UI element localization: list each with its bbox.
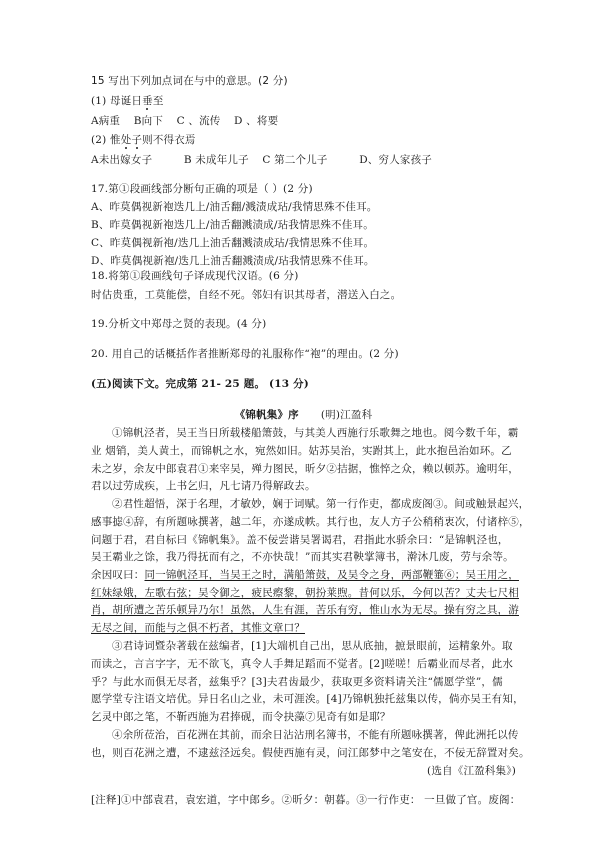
option-d: D、穷人家孩子 — [359, 154, 432, 166]
section-heading: (五)阅读下文。完成第 21- 25 题。 (13 分) — [91, 377, 309, 391]
p2-line: 余因叹曰：同一锦帆泾耳，当吴王之时，满船箫鼓，及吴令之身，两部鞭箠⑥；吴王用之， — [91, 568, 519, 582]
p1-line: 君以过劳成疾，上书乞归，凡七请乃得解政去。 — [91, 479, 316, 493]
option-b: B向下 — [134, 115, 163, 127]
dotted-word: 处 — [121, 134, 132, 146]
q19-title: 19.分析文中郑母之贤的表现。(4 分) — [91, 317, 266, 331]
p3-line: 乎？与此水而俱无尽者，兹集乎？[3]夫君齿最少，获取更多资料请关注“儒愿学堂”，… — [91, 675, 503, 689]
q20-title: 20. 用自己的话概括作者推断郑母的礼服称作“袍”的理由。(2 分) — [91, 347, 399, 361]
q15-sub1-stem: (1) 母诞日垂至 — [91, 94, 164, 108]
q15-sub1-options: A病重 B向下 C 、流传 D 、将要 — [91, 114, 278, 128]
p1-line: 业 烟销，美人黄土，而锦帆之水，宛然如旧。姑苏吴治，实跗其上，此水抱邑治如环。乙 — [91, 444, 512, 458]
p1-line: ①锦帆泾者，吴王当日所载楼船箫鼓，与其美人西施行乐歌舞之地也。阅今数千年，霸 — [91, 426, 519, 440]
q15-sub2-options: A未出嫁女子 B 未成年儿子 C 第二个儿子 D、穷人家孩子 — [91, 153, 432, 167]
p4-line: 也，则百花洲之遭，不逮兹泾远矣。假使西施有灵，问江郎梦中之笔安在，不佞无辞置对矣… — [91, 746, 530, 760]
p2-line: 吴王霸业之馀，我乃得抚而有之，不亦快哉！”而其实君鞅掌簿书，澣沐几废，劳与余等。 — [91, 550, 514, 564]
q17-option-b: B、昨莫偶视新袍迭几上/油舌翻溅渍成/玷我情思殊不佳耳。 — [91, 218, 374, 232]
option-d: D 、将要 — [234, 115, 278, 127]
q17-title: 17.第①段画线部分断句正确的项是（ ）(2 分) — [91, 182, 313, 196]
p3-line: 而读之，言言字字，无不欲飞，真令人手舞足蹈而不觉者。[2]嗟嗟！后霸业而尽者，此… — [91, 657, 513, 671]
q18-title: 18.将第①段画线句子译成现代汉语。(6 分) — [91, 269, 299, 283]
dotted-word: 垂 — [142, 95, 153, 107]
p4-line: ④余所莅治，百花洲在其前，而余日沾沾刑名簿书，不能有所题咏撰著，俾此洲托以传 — [91, 728, 519, 742]
underlined-passage: 无尽之间，而能与之俱不朽者，其惟文章口？ — [91, 621, 305, 635]
p3-line: 愿学堂专注语文培优。异日名山之业，未可涯涘。[4]乃锦帆独托兹集以传，倘亦吴王有… — [91, 692, 524, 706]
essay-title-line: 《锦帆集》序(明)江盈科 — [91, 408, 516, 422]
dotted-word: 子 — [131, 134, 142, 146]
q17-option-d: D、昨莫偶视新袍/迭几上油舌翻溅渍成/玷我情思殊不佳耳。 — [91, 254, 375, 268]
q17-option-c: C、昨莫偶视新袍/迭几上油舌翻溅渍成玷/我情思殊不佳耳。 — [91, 236, 374, 250]
q18-text: 时估贵重，工莫能偿，自经不死。邻妇有识其母者，潜送入白之。 — [91, 288, 401, 302]
p3-line: ③君诗词暨杂著载在兹编者，[1]大端机自己出，思从底抽，摭景眼前，运精象外。取 — [91, 639, 513, 653]
annotations: [注释]①中部袁君，袁宏道，字中郎乡。②昕夕：朝暮。③一行作吏： 一旦做了官。废… — [91, 793, 520, 807]
underlined-passage: 红妹绿娥，左歌右弦；吴令御之，疲民瘵黎，朝扮莱煦。昔何以乐，今何以苦？丈夫七尺相 — [91, 586, 519, 600]
option-a: A未出嫁女子 — [91, 154, 152, 166]
underlined-passage: 肖，胡所遭之苦乐顿异乃尔！虽然，人生有涯，苦乐有穷，惟山水为无尽。操有穷之具，游 — [91, 603, 519, 617]
q17-option-a: A、昨莫偶视新袍迭几上/油舌翻/溅渍成玷/我情思殊不佳耳。 — [91, 200, 378, 214]
option-c: C 、流传 — [177, 115, 221, 127]
p3-line: 乞灵中郎之笔，不靳西施为君捧砚，而令抉藻⑦见奇有如是耶？ — [91, 710, 391, 724]
underlined-passage: 同一锦帆泾耳，当吴王之时，满船箫鼓，及吴令之身，两部鞭箠⑥；吴王用之， — [145, 569, 520, 581]
p2-line: ②君性超悟，深于名理，才敏妙，娴于词赋。第一行作吏，都成废阁③。间或触景起兴， — [91, 497, 529, 511]
q15-title: 15 写出下列加点词在与中的意思。(2 分) — [91, 74, 288, 88]
option-b: B 未成年儿子 — [184, 154, 249, 166]
essay-title: 《锦帆集》序 — [235, 409, 299, 421]
essay-source: (选自《江盈科集》) — [91, 764, 516, 778]
essay-author: (明)江盈科 — [321, 409, 372, 421]
option-c: C 第二个儿子 — [262, 154, 327, 166]
option-a: A病重 — [91, 115, 120, 127]
p1-line: 未之岁，余友中郎袁君①来宰吴，殚力图民，昕夕②拮据，憔悴之众，赖以顿苏。逾明年， — [91, 462, 519, 476]
q15-sub2-stem: (2) 惟处子则不得衣焉 — [91, 133, 196, 147]
p2-line: 感事摅④辞，有所题咏撰著，越二年，亦遂成帙。其行也，友人方子公稍稍衷次，付诸梓⑤… — [91, 515, 530, 529]
p2-line: 问题于君，君自标曰《锦帆集》。盖不佞尝谐吴署谒君，君指此水骄余曰：“是锦帆泾也， — [91, 533, 509, 547]
